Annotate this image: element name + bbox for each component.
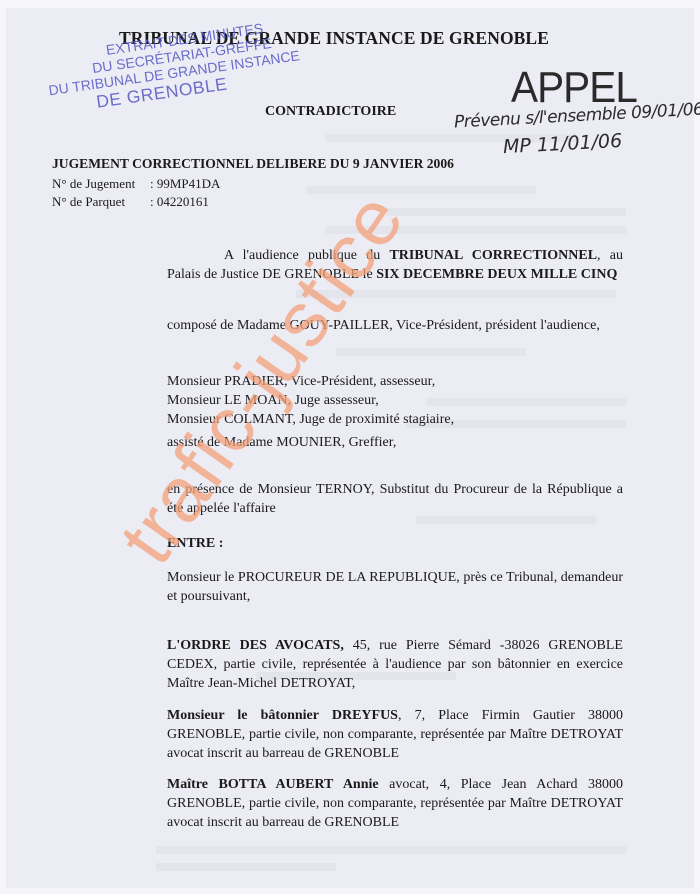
audience-paragraph: A l'audience publique du TRIBUNAL CORREC…: [167, 246, 623, 284]
parquet-number-value: : 04220161: [150, 194, 209, 209]
judgment-title: JUGEMENT CORRECTIONNEL DELIBERE DU 9 JAN…: [52, 157, 454, 173]
court-name: TRIBUNAL CORRECTIONNEL: [389, 248, 597, 263]
section-heading-entre: ENTRE :: [167, 534, 623, 553]
greffier-paragraph: assisté de Madame MOUNIER, Greffier,: [167, 433, 623, 452]
bleed-through-line: [386, 208, 626, 216]
judgment-number-value: : 99MP41DA: [150, 176, 220, 191]
party-name: Maître BOTTA AUBERT Annie: [167, 777, 379, 792]
bleed-through-line: [326, 226, 626, 234]
party-paragraph: Monsieur le bâtonnier DREYFUS, 7, Place …: [167, 706, 623, 763]
bleed-through-line: [156, 863, 336, 871]
procedure-type: CONTRADICTOIRE: [265, 104, 396, 120]
judgment-number-label: N° de Jugement: [52, 176, 150, 192]
party-paragraph: L'ORDRE DES AVOCATS, 45, rue Pierre Séma…: [167, 636, 623, 693]
judge-item: Monsieur LE MOAN, Juge assesseur,: [167, 391, 623, 410]
hearing-date: SIX DECEMBRE DEUX MILLE CINQ: [376, 267, 617, 282]
presence-paragraph: en présence de Monsieur TERNOY, Substitu…: [167, 480, 623, 518]
bleed-through-line: [336, 348, 526, 356]
audience-text: A l'audience publique du: [224, 248, 389, 263]
party-paragraph: Maître BOTTA AUBERT Annie avocat, 4, Pla…: [167, 775, 623, 832]
judge-item: Monsieur PRADIER, Vice-Président, assess…: [167, 372, 623, 391]
party-name: L'ORDRE DES AVOCATS,: [167, 638, 344, 653]
parquet-number-row: N° de Parquet: 04220161: [52, 194, 209, 210]
document-page: TRIBUNAL DE GRANDE INSTANCE DE GRENOBLE …: [6, 8, 694, 888]
judgment-number-row: N° de Jugement: 99MP41DA: [52, 176, 220, 192]
composition-paragraph: composé de Madame GOUY-PAILLER, Vice-Pré…: [167, 316, 623, 335]
procureur-paragraph: Monsieur le PROCUREUR DE LA REPUBLIQUE, …: [167, 568, 623, 606]
judges-list: Monsieur PRADIER, Vice-Président, assess…: [167, 372, 623, 429]
bleed-through-line: [156, 846, 626, 854]
bleed-through-line: [296, 290, 616, 298]
parquet-number-label: N° de Parquet: [52, 194, 150, 210]
bleed-through-line: [306, 186, 536, 194]
judge-item: Monsieur COLMANT, Juge de proximité stag…: [167, 410, 623, 429]
party-name: Monsieur le bâtonnier DREYFUS: [167, 708, 398, 723]
